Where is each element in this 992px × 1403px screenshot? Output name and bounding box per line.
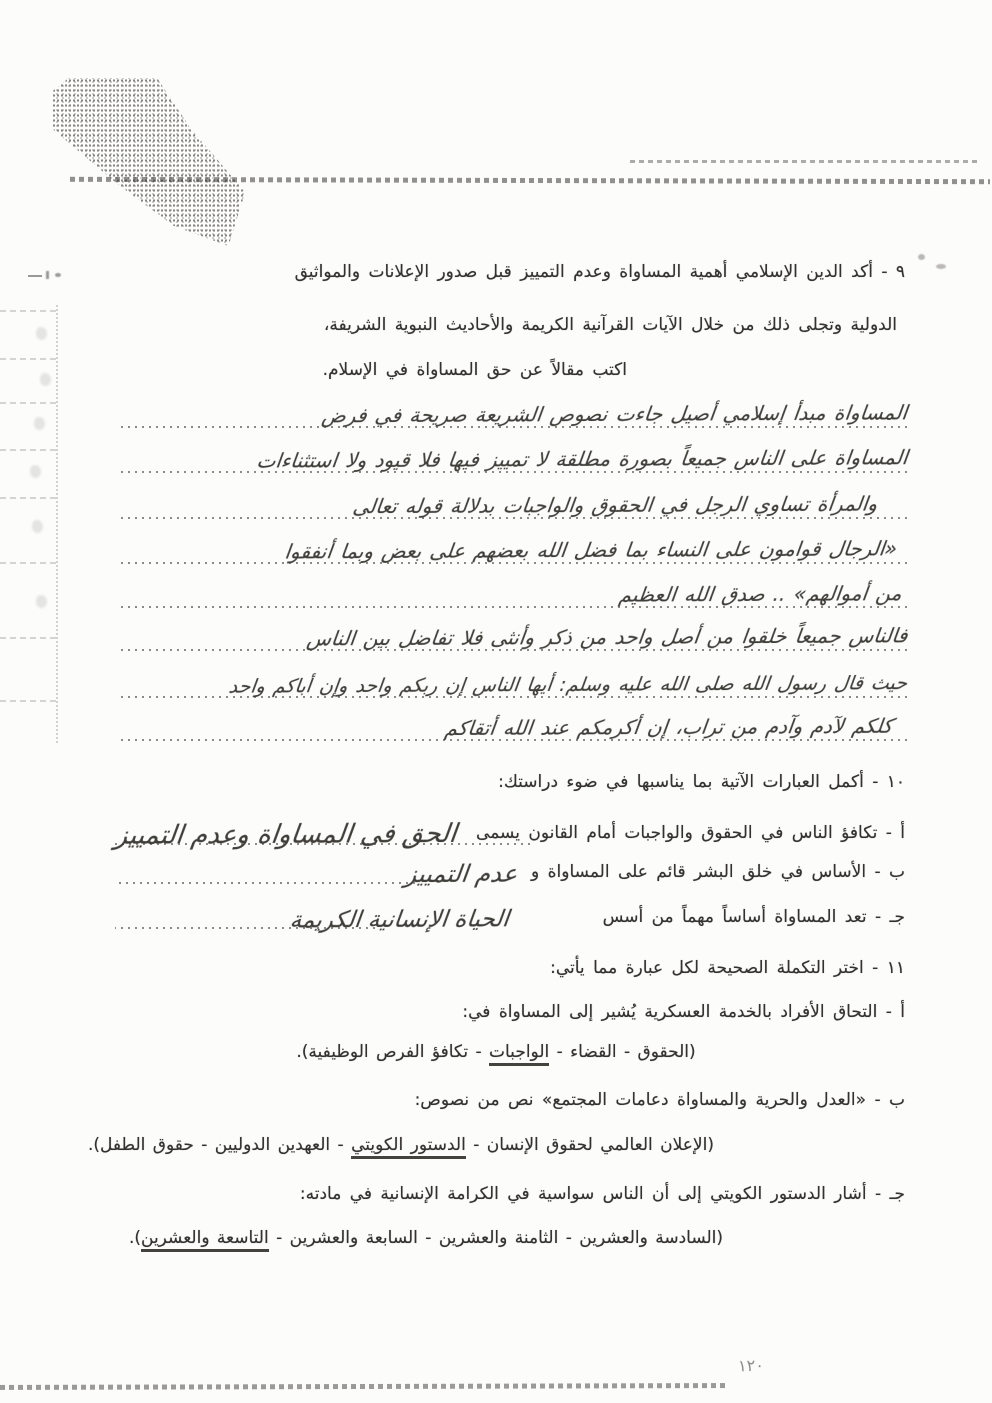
q11-item-b-options: (الإعلان العالمي لحقوق الإنسان - الدستور… [0, 1135, 802, 1155]
essay-answer-line: كلكم لآدم وآدم من تراب، إن أكرمكم عند ال… [118, 701, 907, 741]
q10-item-b: ب - الأساس في خلق البشر قائم على المساوا… [115, 843, 905, 885]
essay-answer-line: والمرأة تساوي الرجل في الحقوق والواجبات … [118, 479, 907, 519]
q9-prompt-line-3: اكتب مقالاً عن حق المساواة في الإسلام. [323, 360, 627, 380]
q10-item-c-prompt: جـ - تعد المساواة أساساً مهماً من أسس [603, 907, 905, 927]
selected-option: الواجبات [489, 1042, 549, 1066]
bleedthrough-cell-rule [0, 700, 56, 702]
handwritten-text: فالناس جميعاً خلقوا من أصل واحد من ذكر و… [305, 623, 908, 650]
q9-prompt-line-1: ٩ - أكد الدين الإسلامي أهمية المساواة وع… [295, 262, 905, 282]
selected-option: الدستور الكويتي [351, 1135, 466, 1159]
q10-header: ١٠ - أكمل العبارات الآتية بما يناسبها في… [498, 772, 905, 792]
dotted-rule [118, 606, 907, 608]
bleedthrough-cell-rule [0, 637, 56, 639]
options-text: (الحقوق - القضاء - [549, 1042, 695, 1062]
q10-item-a-prompt: أ - تكافؤ الناس في الحقوق والواجبات أمام… [476, 823, 905, 843]
handwritten-text: المساواة مبدأ إسلامي أصيل جاءت نصوص الشر… [320, 400, 908, 427]
essay-answer-line: «الرجال قوامون على النساء بما فضل الله ب… [118, 524, 907, 564]
bleedthrough-cell-rule [0, 497, 56, 499]
scan-noise-corner-blob [52, 78, 262, 246]
bleedthrough-digit-mark [30, 465, 41, 478]
essay-answer-line: المساواة مبدأ إسلامي أصيل جاءت نصوص الشر… [118, 388, 907, 428]
bleedthrough-digit-mark [36, 595, 47, 608]
options-text: - العهدين الدوليين - حقوق الطفل). [88, 1135, 351, 1155]
bleedthrough-digit-mark [32, 520, 43, 533]
options-text: - تكافؤ الفرص الوظيفية). [296, 1042, 489, 1062]
bleedthrough-cell-rule [0, 310, 56, 312]
handwritten-answer: عدم التمييز [403, 860, 519, 889]
essay-answer-line: المساواة على الناس جميعاً بصورة مطلقة لا… [118, 433, 907, 473]
q11-item-c-options: (السادسة والعشرين - الثامنة والعشرين - ا… [0, 1228, 852, 1248]
scanned-exam-page: ٩ - أكد الدين الإسلامي أهمية المساواة وع… [0, 0, 992, 1403]
options-text: ). [129, 1228, 141, 1248]
q11-item-a-stem: أ - التحاق الأفراد بالخدمة العسكرية يُشي… [462, 1002, 905, 1022]
q11-item-a-options: (الحقوق - القضاء - الواجبات - تكافؤ الفر… [0, 1042, 992, 1062]
q10-item-a: أ - تكافؤ الناس في الحقوق والواجبات أمام… [115, 804, 905, 846]
q9-prompt-line-2: الدولية وتجلى ذلك من خلال الآيات القرآني… [324, 315, 897, 335]
handwritten-text: حيث قال رسول الله صلى الله عليه وسلم: أي… [228, 672, 909, 698]
options-text: (الإعلان العالمي لحقوق الإنسان - [466, 1135, 714, 1155]
bleedthrough-vertical-rule [56, 305, 58, 743]
scan-noise-streak-bottom [0, 1383, 726, 1390]
handwritten-answer: الحياة الإنسانية الكريمة [288, 906, 510, 933]
scan-noise-streak-top-right [630, 160, 980, 163]
margin-pencil-mark-right [912, 250, 960, 276]
handwritten-text: من أموالهم» .. صدق الله العظيم [618, 581, 904, 606]
essay-answer-line: حيث قال رسول الله صلى الله عليه وسلم: أي… [118, 658, 907, 698]
bleedthrough-cell-rule [0, 402, 56, 404]
bleedthrough-digit-mark [36, 327, 47, 340]
bleedthrough-digit-mark [34, 417, 45, 430]
q11-item-b-stem: ب - «العدل والحرية والمساواة دعامات المج… [415, 1090, 905, 1110]
q10-item-b-prompt: ب - الأساس في خلق البشر قائم على المساوا… [531, 862, 905, 882]
dotted-rule [115, 882, 415, 884]
handwritten-text: والمرأة تساوي الرجل في الحقوق والواجبات … [351, 492, 878, 519]
bleedthrough-cell-rule [0, 449, 56, 451]
options-text: (السادسة والعشرين - الثامنة والعشرين - ا… [269, 1228, 723, 1248]
essay-answer-line: فالناس جميعاً خلقوا من أصل واحد من ذكر و… [118, 611, 907, 651]
handwritten-text: المساواة على الناس جميعاً بصورة مطلقة لا… [255, 445, 909, 472]
essay-answer-line: من أموالهم» .. صدق الله العظيم [118, 568, 907, 608]
bleedthrough-digit-mark [40, 373, 51, 386]
handwritten-text: كلكم لآدم وآدم من تراب، إن أكرمكم عند ال… [443, 714, 893, 740]
q11-header: ١١ - اختر التكملة الصحيحة لكل عبارة مما … [550, 958, 905, 978]
page-number: ١٢٠ [738, 1356, 764, 1376]
bleedthrough-cell-rule [0, 562, 56, 564]
bleedthrough-cell-rule [0, 358, 56, 360]
bleedthrough-margin-table [0, 295, 58, 743]
q11-item-c-stem: جـ - أشار الدستور الكويتي إلى أن الناس س… [300, 1184, 905, 1204]
q10-item-c: جـ - تعد المساواة أساساً مهماً من أسس ال… [115, 888, 905, 930]
handwritten-text: «الرجال قوامون على النساء بما فضل الله ب… [284, 536, 899, 563]
selected-option: التاسعة والعشرين [141, 1228, 269, 1252]
margin-pencil-mark-left [28, 269, 62, 281]
